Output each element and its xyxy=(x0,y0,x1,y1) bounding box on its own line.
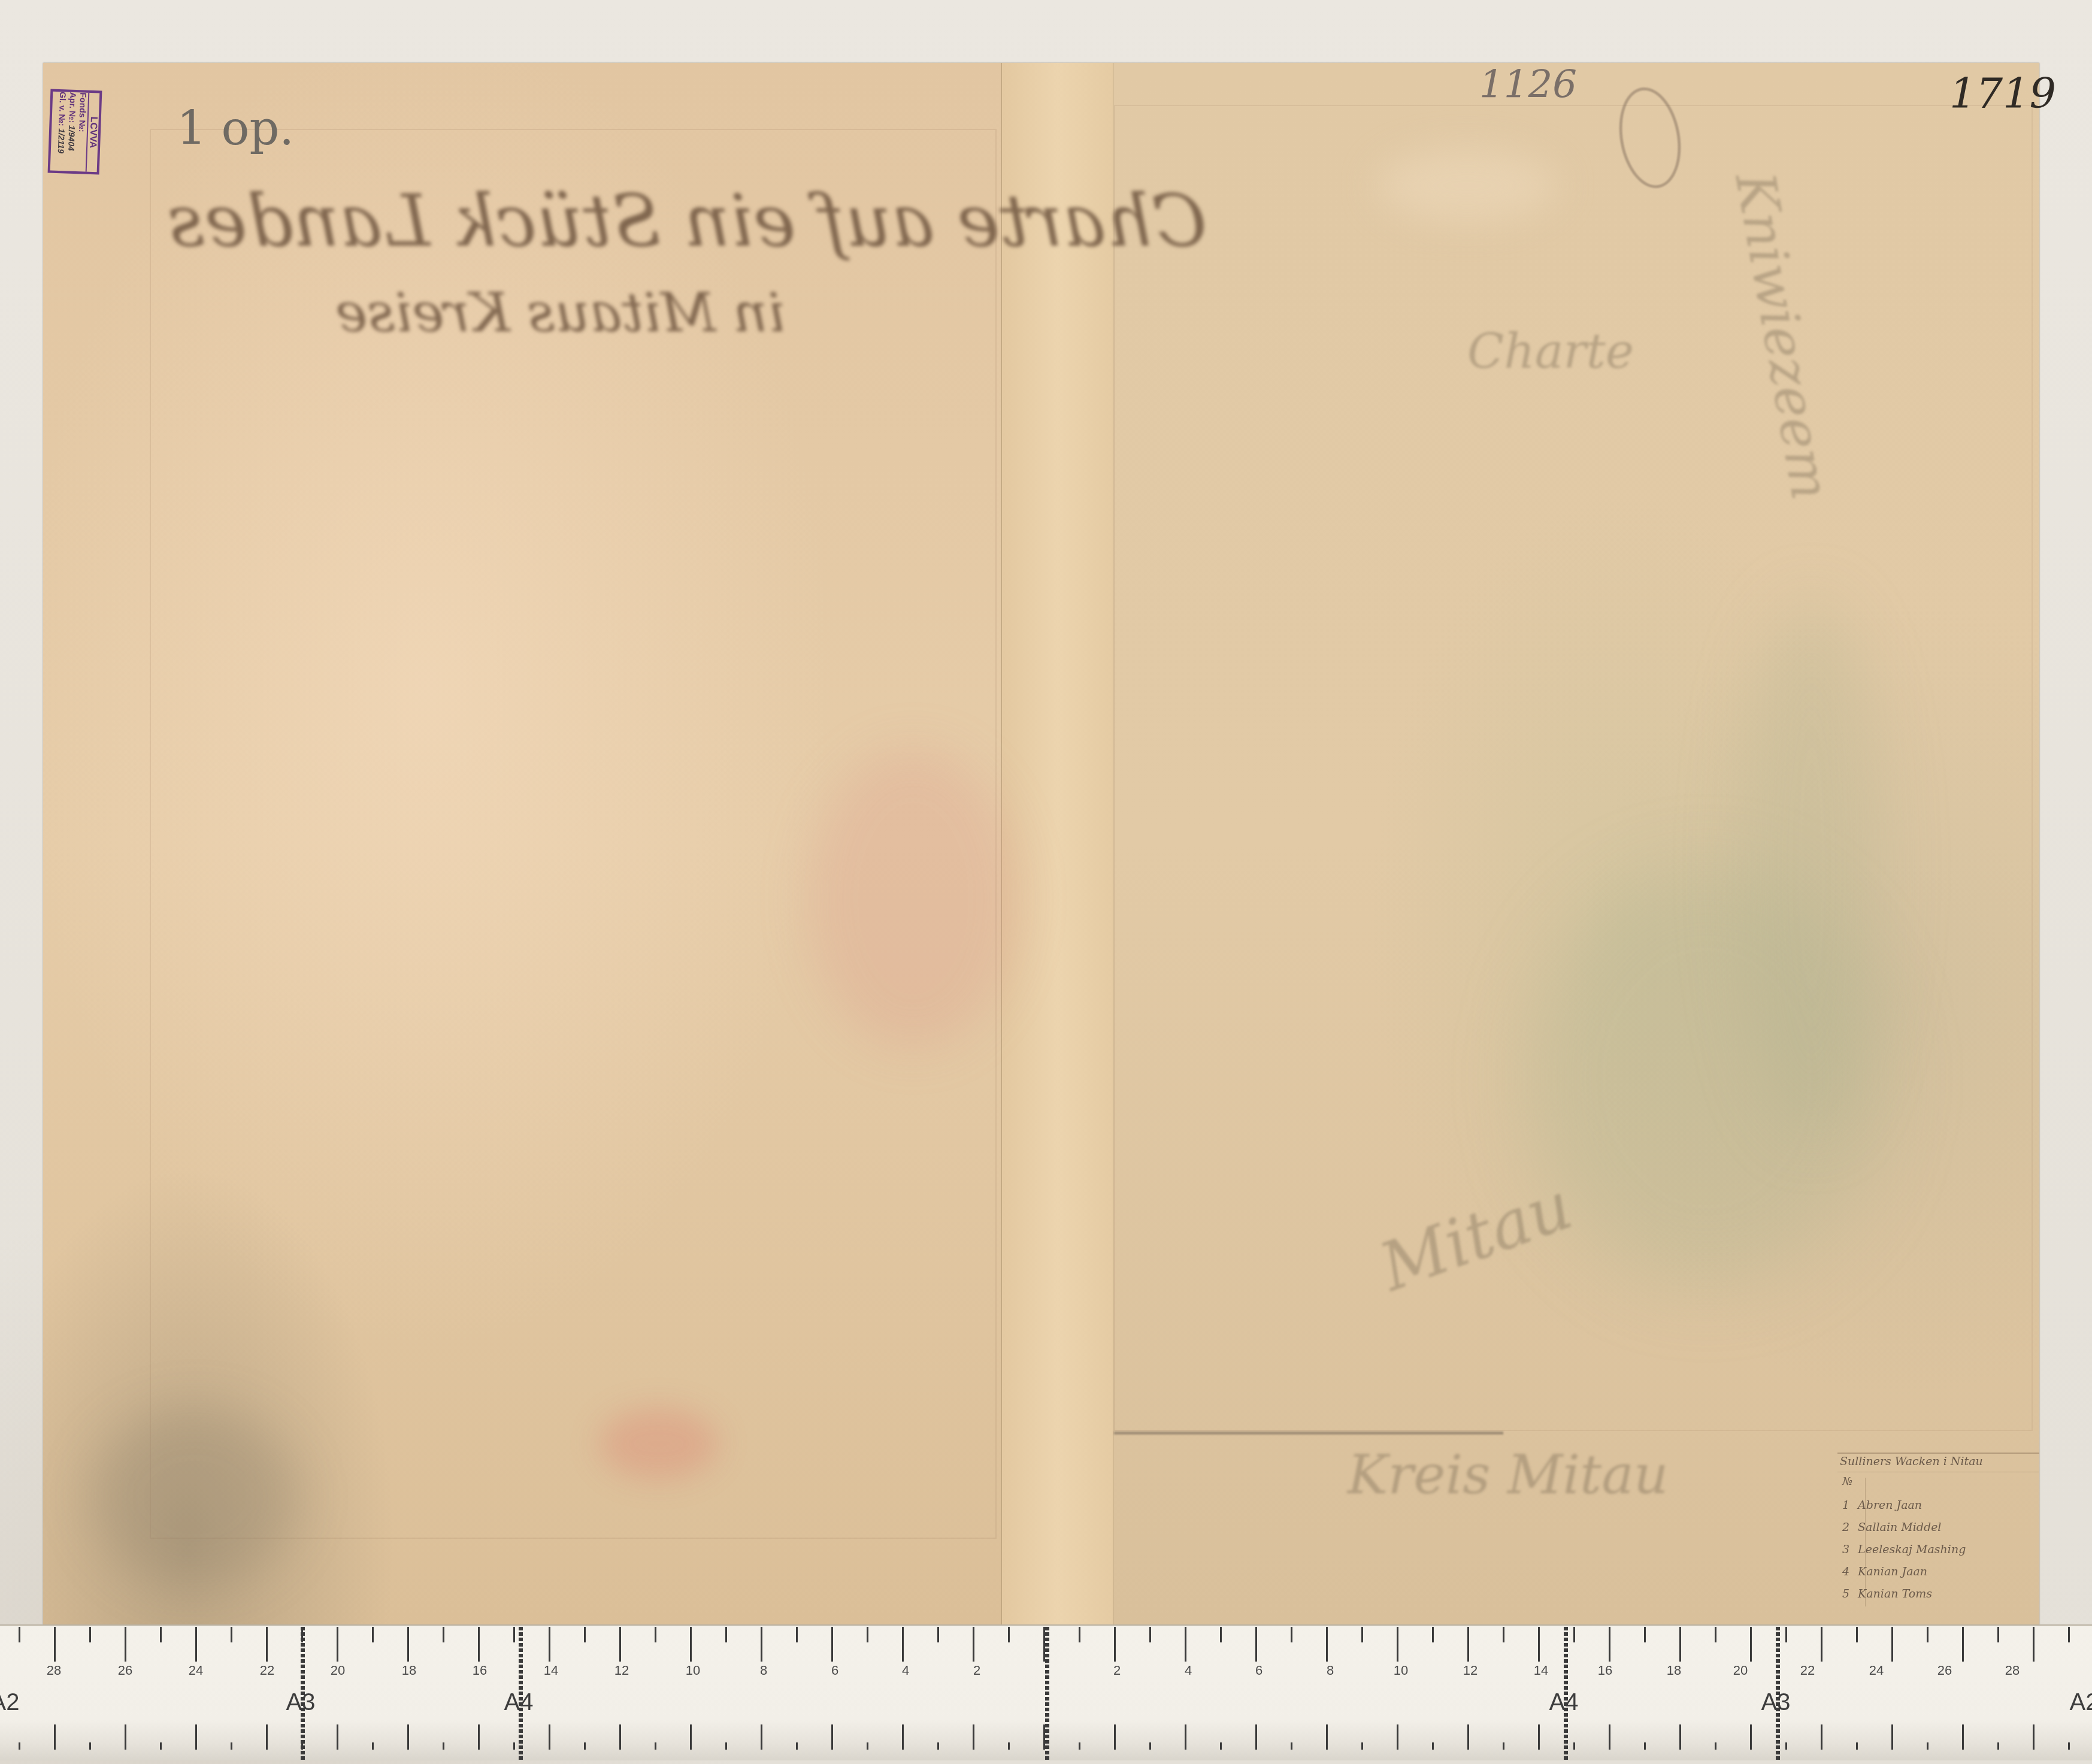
ruler-tick xyxy=(1715,1627,1716,1642)
ruler-tick xyxy=(1114,1627,1116,1662)
ruler-tick xyxy=(160,1742,162,1750)
ruler-format-label: A4 xyxy=(1549,1689,1579,1716)
ruler-tick xyxy=(301,1627,303,1642)
ruler-tick xyxy=(867,1627,868,1642)
ruler-tick xyxy=(1538,1627,1540,1662)
ruler-tick xyxy=(125,1724,126,1750)
ruler-tick xyxy=(1397,1724,1398,1750)
ruler-label: 20 xyxy=(331,1663,345,1678)
ruler-tick xyxy=(619,1627,621,1662)
ruler-tick xyxy=(2068,1742,2070,1750)
ruler-label: 24 xyxy=(189,1663,203,1678)
ruler-tick xyxy=(1856,1742,1858,1750)
ruler-tick xyxy=(1043,1627,1045,1662)
ruler-tick xyxy=(1361,1742,1363,1750)
ruler-tick xyxy=(1679,1627,1681,1662)
ruler-tick xyxy=(1997,1627,1999,1642)
ruler-tick xyxy=(831,1627,833,1662)
ruler-tick xyxy=(1750,1627,1752,1662)
ruler-tick xyxy=(1927,1627,1928,1642)
ruler-tick xyxy=(1326,1627,1328,1662)
ruler-tick xyxy=(725,1627,727,1642)
ruler-tick xyxy=(1821,1724,1822,1750)
ruler-tick xyxy=(1538,1724,1540,1750)
ruler-tick xyxy=(372,1742,374,1750)
legend-row-name: Kanian Toms xyxy=(1858,1587,1932,1600)
ruler-tick xyxy=(690,1627,692,1662)
ruler-label: 12 xyxy=(1463,1663,1478,1678)
ruler-tick xyxy=(54,1627,56,1662)
ruler-tick xyxy=(1432,1742,1434,1750)
ruler-tick xyxy=(973,1627,974,1662)
ruler-tick xyxy=(231,1742,232,1750)
ruler-tick xyxy=(372,1627,374,1642)
ruler-tick xyxy=(867,1742,868,1750)
legend-row-name: Leeleskaj Mashing xyxy=(1858,1543,1966,1556)
ruler-tick xyxy=(584,1742,586,1750)
ruler-tick xyxy=(1432,1627,1434,1642)
ruler-tick xyxy=(1856,1627,1858,1642)
ruler-label: 6 xyxy=(831,1663,838,1678)
ruler-tick xyxy=(1962,1627,1964,1662)
ruler-tick xyxy=(443,1627,444,1642)
bleed-text-3: Kreis Mitau xyxy=(1348,1444,1669,1506)
ruler-tick xyxy=(761,1627,762,1662)
ruler-tick xyxy=(513,1627,515,1642)
ruler-format-label: A4 xyxy=(504,1689,534,1716)
ruler-tick xyxy=(1326,1724,1328,1750)
ruler-label: 4 xyxy=(1185,1663,1192,1678)
pencil-line xyxy=(1114,1432,1503,1435)
stamp-glv-label: Gl. v. №: xyxy=(57,92,68,126)
legend-row-number: 1 xyxy=(1842,1499,1849,1512)
ruler-tick xyxy=(1185,1627,1186,1662)
ruler-tick xyxy=(1149,1627,1151,1642)
ruler-tick xyxy=(125,1627,126,1662)
ruler-tick xyxy=(1008,1627,1010,1642)
ruler-tick xyxy=(1079,1742,1080,1750)
ruler-label: 4 xyxy=(902,1663,909,1678)
ruler-label: 2 xyxy=(973,1663,980,1678)
ruler-label: 16 xyxy=(473,1663,487,1678)
ruler-tick xyxy=(513,1742,515,1750)
ruler-label: 6 xyxy=(1255,1663,1263,1678)
ruler-tick xyxy=(1185,1724,1186,1750)
ruler-label: 14 xyxy=(544,1663,558,1678)
ruler-label: 18 xyxy=(1667,1663,1681,1678)
legend-row-name: Abren Jaan xyxy=(1858,1499,1922,1512)
ruler-tick xyxy=(1785,1742,1787,1750)
ruler-tick xyxy=(266,1724,268,1750)
ruler-format-label: A2 xyxy=(0,1689,19,1716)
ruler-tick xyxy=(619,1724,621,1750)
ruler-tick xyxy=(1609,1724,1610,1750)
ruler-tick xyxy=(1291,1627,1292,1642)
ruler-label: 10 xyxy=(1394,1663,1408,1678)
ruler-tick xyxy=(1291,1742,1292,1750)
ruler-tick xyxy=(301,1742,303,1750)
ruler-tick xyxy=(1785,1627,1787,1642)
ruler-tick xyxy=(973,1724,974,1750)
ruler-tick xyxy=(2033,1724,2035,1750)
ruler-format-label: A2 xyxy=(2070,1689,2092,1716)
ruler-label: 22 xyxy=(1800,1663,1815,1678)
ruler-format-label: A3 xyxy=(286,1689,316,1716)
pencil-note-1op: 1 op. xyxy=(177,102,294,156)
ruler-tick xyxy=(478,1724,480,1750)
ruler-tick xyxy=(831,1724,833,1750)
legend-title: Sulliners Wacken i Nitau xyxy=(1837,1454,2039,1472)
ruler-tick xyxy=(1503,1627,1504,1642)
ruler-tick xyxy=(549,1724,550,1750)
ruler-tick xyxy=(1750,1724,1752,1750)
ruler-tick xyxy=(407,1724,409,1750)
ruler-label: 8 xyxy=(760,1663,767,1678)
ruler-format-label: A3 xyxy=(1761,1689,1791,1716)
ruler-tick xyxy=(1467,1724,1469,1750)
ruler-tick xyxy=(1609,1627,1610,1662)
ruler-tick xyxy=(1679,1724,1681,1750)
legend-table: Sulliners Wacken i Nitau № 1Abren Jaan 2… xyxy=(1837,1453,2039,1609)
ruler-tick xyxy=(1114,1724,1116,1750)
mirrored-title-line1: Charte auf ein Stück Landes xyxy=(168,180,1207,263)
ruler-tick xyxy=(655,1627,656,1642)
ruler-tick xyxy=(266,1627,268,1662)
ruler-label: 26 xyxy=(1937,1663,1952,1678)
ruler-tick xyxy=(1821,1627,1822,1662)
ruler-tick xyxy=(1573,1627,1575,1642)
ruler-tick xyxy=(1891,1627,1893,1662)
ruler-label: 28 xyxy=(2005,1663,2020,1678)
ruler-tick xyxy=(2068,1627,2070,1642)
ruler-label: 12 xyxy=(614,1663,629,1678)
ruler-tick xyxy=(337,1627,338,1662)
ruler-tick xyxy=(1255,1724,1257,1750)
ruler-label: 18 xyxy=(402,1663,416,1678)
stamp-apr-value: 1/9404 xyxy=(66,125,77,151)
ruler-tick xyxy=(902,1724,904,1750)
mirrored-title-line2: in Mitaus Kreise xyxy=(335,282,785,344)
ruler-tick xyxy=(796,1742,798,1750)
ruler-tick xyxy=(1997,1742,1999,1750)
ruler-label: 10 xyxy=(686,1663,700,1678)
legend-row-number: 3 xyxy=(1842,1543,1849,1556)
legend-row: 1Abren Jaan xyxy=(1842,1499,1922,1512)
ruler-tick xyxy=(337,1724,338,1750)
ruler-tick xyxy=(1927,1742,1928,1750)
stamp-fonds-label: Fonds №: xyxy=(77,92,88,132)
ruler-tick xyxy=(195,1724,197,1750)
ruler-tick xyxy=(443,1742,444,1750)
ruler-label: 14 xyxy=(1534,1663,1548,1678)
ruler-tick xyxy=(2033,1627,2035,1662)
center-fold-strip xyxy=(1001,63,1113,1624)
legend-row-number: 5 xyxy=(1842,1587,1849,1600)
archive-stamp: LCVVA Fonds №: Apr. №: 1/9404 Gl. v. №: … xyxy=(48,89,102,175)
legend-row: 2Sallain Middel xyxy=(1842,1521,1941,1534)
ruler-tick xyxy=(549,1627,550,1662)
ruler-tick xyxy=(725,1742,727,1750)
ruler-tick xyxy=(937,1742,939,1750)
ruler-tick xyxy=(1644,1742,1646,1750)
legend-column-header: № xyxy=(1842,1475,1852,1488)
ruler-tick xyxy=(1008,1742,1010,1750)
ruler-tick xyxy=(19,1627,20,1642)
ruler-label: 28 xyxy=(47,1663,61,1678)
ruler-tick xyxy=(1467,1627,1469,1662)
ruler-tick xyxy=(690,1724,692,1750)
ruler-label: 26 xyxy=(118,1663,132,1678)
legend-row-name: Sallain Middel xyxy=(1858,1521,1941,1534)
ruler-tick xyxy=(195,1627,197,1662)
ruler-tick xyxy=(89,1627,91,1642)
ruler-tick xyxy=(89,1742,91,1750)
ruler-tick xyxy=(1220,1742,1222,1750)
ink-note-1719: 1719 xyxy=(1949,69,2056,118)
ruler-label: 16 xyxy=(1598,1663,1612,1678)
ruler-tick xyxy=(655,1742,656,1750)
stamp-glv-value: 1/2119 xyxy=(56,128,66,153)
ruler-tick xyxy=(1397,1627,1398,1662)
ruler-tick xyxy=(1079,1627,1080,1642)
stamp-apr-label: Apr. №: xyxy=(68,92,78,123)
legend-row: 5Kanian Toms xyxy=(1842,1587,1932,1600)
legend-row: 3Leeleskaj Mashing xyxy=(1842,1543,1966,1556)
ruler-tick xyxy=(761,1724,762,1750)
pencil-note-1126: 1126 xyxy=(1479,63,1577,107)
ruler-tick xyxy=(478,1627,480,1662)
ruler-label: 22 xyxy=(260,1663,274,1678)
ruler-tick xyxy=(54,1724,56,1750)
measurement-ruler: 28 26 24 22 20 18 16 14 12 10 8 6 4 2 2 … xyxy=(0,1624,2092,1760)
ruler-label: 20 xyxy=(1733,1663,1748,1678)
ruler-tick xyxy=(1644,1627,1646,1642)
ruler-tick xyxy=(231,1627,232,1642)
ruler-format-line xyxy=(1045,1627,1049,1762)
ruler-tick xyxy=(1715,1742,1716,1750)
ruler-tick xyxy=(584,1627,586,1642)
bleed-text-1: Charte xyxy=(1467,323,1634,379)
ruler-tick xyxy=(160,1627,162,1642)
ruler-tick xyxy=(1220,1627,1222,1642)
ruler-tick xyxy=(1149,1742,1151,1750)
ruler-tick xyxy=(796,1627,798,1642)
legend-row-number: 2 xyxy=(1842,1521,1849,1534)
ruler-tick xyxy=(1255,1627,1257,1662)
ruler-tick xyxy=(937,1627,939,1642)
legend-row-number: 4 xyxy=(1842,1565,1849,1578)
ruler-tick xyxy=(19,1742,20,1750)
ruler-tick xyxy=(902,1627,904,1662)
legend-row-name: Kanian Jaan xyxy=(1858,1565,1927,1578)
ruler-label: 24 xyxy=(1869,1663,1884,1678)
ruler-tick xyxy=(1043,1724,1045,1750)
legend-row: 4Kanian Jaan xyxy=(1842,1565,1927,1578)
ruler-tick xyxy=(1891,1724,1893,1750)
ruler-tick xyxy=(1573,1742,1575,1750)
ruler-tick xyxy=(1503,1742,1504,1750)
ruler-tick xyxy=(1361,1627,1363,1642)
ruler-label: 2 xyxy=(1113,1663,1121,1678)
ruler-tick xyxy=(1962,1724,1964,1750)
ruler-label: 8 xyxy=(1327,1663,1334,1678)
ruler-tick xyxy=(407,1627,409,1662)
